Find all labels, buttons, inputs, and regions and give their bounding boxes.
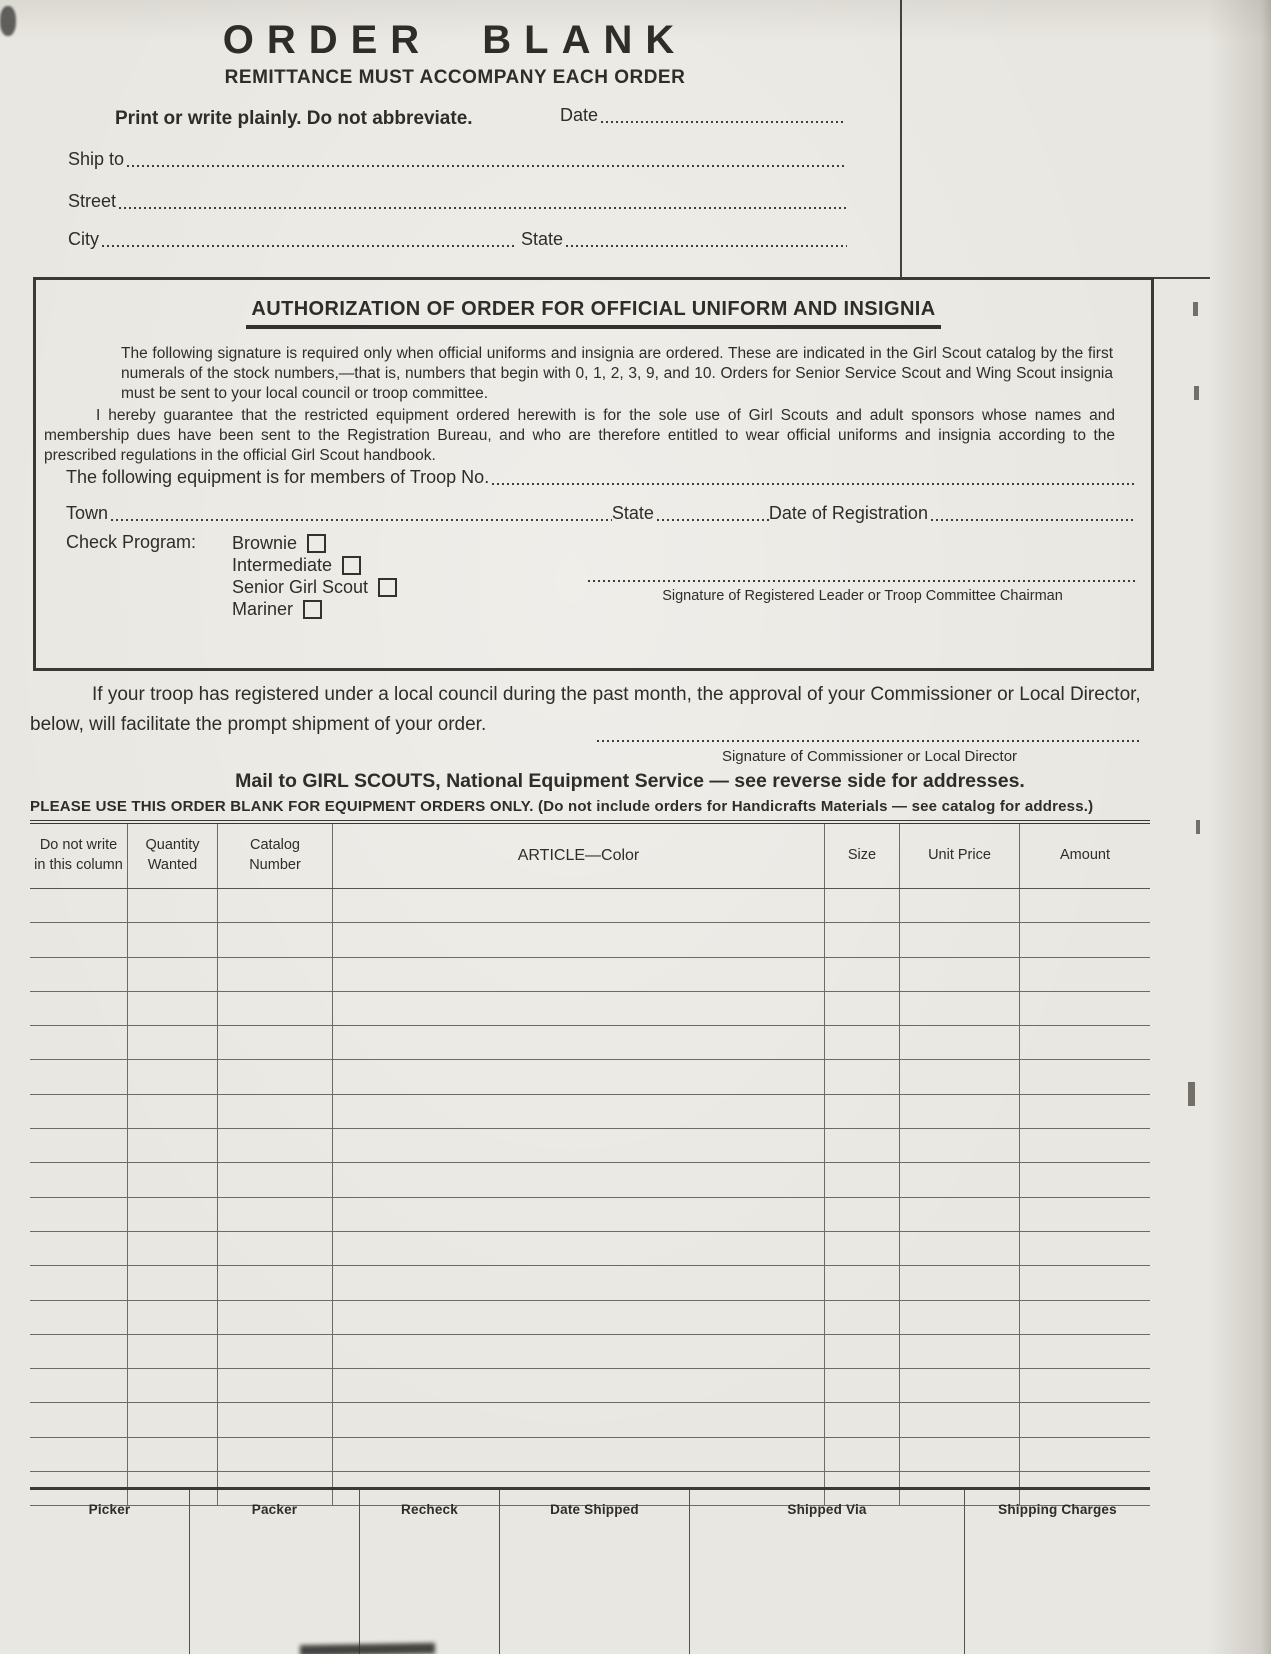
street-field: Street: [68, 192, 847, 212]
print-plainly-note: Print or write plainly. Do not abbreviat…: [115, 108, 473, 130]
order-table-cell[interactable]: [218, 1129, 333, 1162]
order-table-cell[interactable]: [1020, 1060, 1150, 1093]
street-label: Street: [68, 192, 116, 212]
order-table-cell[interactable]: [218, 1266, 333, 1299]
header-article-color: ARTICLE—Color: [333, 824, 825, 888]
order-table-cell[interactable]: [825, 1403, 900, 1436]
brownie-checkbox[interactable]: [307, 534, 326, 553]
order-table-row: [30, 1163, 1150, 1197]
order-table-cell[interactable]: [333, 1026, 825, 1059]
order-table-cell[interactable]: [218, 1301, 333, 1334]
date-label: Date: [560, 106, 598, 126]
order-table-cell[interactable]: [1020, 1266, 1150, 1299]
order-table-cell[interactable]: [333, 1266, 825, 1299]
intermediate-checkbox[interactable]: [342, 556, 361, 575]
registration-date-label: Date of Registration: [769, 504, 928, 524]
order-table-cell[interactable]: [900, 1266, 1020, 1299]
order-table-cell[interactable]: [1020, 1026, 1150, 1059]
order-table-row: [30, 1060, 1150, 1094]
troop-number-fill-line[interactable]: [492, 483, 1135, 485]
header-amount: Amount: [1020, 824, 1150, 888]
order-table-cell[interactable]: [333, 1232, 825, 1265]
order-table-cell[interactable]: [825, 923, 900, 956]
order-table-cell[interactable]: [900, 1129, 1020, 1162]
order-table-cell[interactable]: [30, 1266, 128, 1299]
order-table-cell[interactable]: [128, 1335, 218, 1368]
order-table-cell[interactable]: [825, 1438, 900, 1471]
footer-shipping-charges: Shipping Charges: [965, 1490, 1150, 1654]
order-table-cell[interactable]: [333, 1095, 825, 1128]
order-table-cell[interactable]: [900, 889, 1020, 922]
order-table-cell[interactable]: [128, 1403, 218, 1436]
order-table-cell[interactable]: [30, 992, 128, 1025]
order-table-cell[interactable]: [900, 1232, 1020, 1265]
order-table-cell[interactable]: [1020, 1198, 1150, 1231]
order-table-row: [30, 1335, 1150, 1369]
order-table-cell[interactable]: [30, 1060, 128, 1093]
order-table-cell[interactable]: [30, 1095, 128, 1128]
scan-artifact: [0, 6, 16, 36]
order-table-cell[interactable]: [30, 889, 128, 922]
order-table-cell[interactable]: [30, 1369, 128, 1402]
state-label: State: [521, 230, 563, 250]
header-size: Size: [825, 824, 900, 888]
order-table-row: [30, 1438, 1150, 1472]
leader-signature-caption: Signature of Registered Leader or Troop …: [588, 588, 1137, 604]
intermediate-label: Intermediate: [232, 555, 332, 576]
ship-to-field: Ship to: [68, 150, 847, 170]
header-unit-price: Unit Price: [900, 824, 1020, 888]
scan-artifact: [300, 1643, 435, 1654]
order-table-row: [30, 1232, 1150, 1266]
brownie-label: Brownie: [232, 533, 297, 554]
order-table-cell[interactable]: [900, 1369, 1020, 1402]
order-table-row: [30, 889, 1150, 923]
order-table-header-row: Do not write in this column Quantity Wan…: [30, 824, 1150, 889]
order-table-cell[interactable]: [333, 889, 825, 922]
order-table-cell[interactable]: [128, 889, 218, 922]
order-table-cell[interactable]: [218, 1198, 333, 1231]
order-table-row: [30, 1369, 1150, 1403]
header-do-not-write: Do not write in this column: [30, 824, 128, 888]
footer-date-shipped: Date Shipped: [500, 1490, 690, 1654]
troop-state-label: State: [612, 504, 654, 524]
order-table-cell[interactable]: [1020, 1129, 1150, 1162]
check-program-label: Check Program:: [66, 532, 196, 553]
shipping-footer-table: Picker Packer Recheck Date Shipped Shipp…: [30, 1487, 1150, 1654]
order-table-cell[interactable]: [128, 958, 218, 991]
city-field: City: [68, 230, 515, 250]
order-table-cell[interactable]: [825, 1335, 900, 1368]
order-table-cell[interactable]: [333, 1198, 825, 1231]
order-table-cell[interactable]: [218, 1335, 333, 1368]
registration-date-fill-line[interactable]: [931, 519, 1135, 521]
order-table-cell[interactable]: [128, 992, 218, 1025]
city-fill-line[interactable]: [102, 245, 515, 247]
remittance-note: REMITTANCE MUST ACCOMPANY EACH ORDER: [105, 67, 805, 89]
order-table-row: [30, 1301, 1150, 1335]
order-table-cell[interactable]: [1020, 1369, 1150, 1402]
order-table-cell[interactable]: [30, 1129, 128, 1162]
commissioner-signature-caption: Signature of Commissioner or Local Direc…: [597, 748, 1142, 765]
authorization-paragraph-2: I hereby guarantee that the restricted e…: [44, 406, 1115, 466]
authorization-box: AUTHORIZATION OF ORDER FOR OFFICIAL UNIF…: [33, 277, 1154, 671]
order-table-cell[interactable]: [1020, 1301, 1150, 1334]
order-table-cell[interactable]: [218, 1403, 333, 1436]
leader-signature-line[interactable]: [588, 580, 1137, 582]
order-table-cell[interactable]: [30, 1335, 128, 1368]
order-table-cell[interactable]: [1020, 1095, 1150, 1128]
order-table-row: [30, 1266, 1150, 1300]
footer-packer: Packer: [190, 1490, 360, 1654]
order-table-cell[interactable]: [900, 1026, 1020, 1059]
order-table-cell[interactable]: [128, 1266, 218, 1299]
order-table-cell[interactable]: [825, 1369, 900, 1402]
order-table-cell[interactable]: [900, 1198, 1020, 1231]
order-table-cell[interactable]: [333, 1335, 825, 1368]
senior-girl-scout-checkbox[interactable]: [378, 578, 397, 597]
order-table-cell[interactable]: [333, 1129, 825, 1162]
order-table-cell[interactable]: [128, 1198, 218, 1231]
senior-girl-scout-label: Senior Girl Scout: [232, 577, 368, 598]
order-table-cell[interactable]: [218, 1369, 333, 1402]
footer-shipped-via: Shipped Via: [690, 1490, 965, 1654]
order-table-cell[interactable]: [218, 1095, 333, 1128]
order-table-row: [30, 1026, 1150, 1060]
order-table-cell[interactable]: [128, 1301, 218, 1334]
program-item-brownie: Brownie: [232, 532, 397, 554]
order-table-cell[interactable]: [825, 1232, 900, 1265]
order-table-cell[interactable]: [900, 1335, 1020, 1368]
order-table-row: [30, 1198, 1150, 1232]
order-table-cell[interactable]: [825, 1129, 900, 1162]
order-table-cell[interactable]: [218, 923, 333, 956]
order-table-cell[interactable]: [128, 1129, 218, 1162]
order-table-cell[interactable]: [825, 1266, 900, 1299]
order-table-cell[interactable]: [128, 1232, 218, 1265]
order-table-cell[interactable]: [333, 1403, 825, 1436]
city-label: City: [68, 230, 99, 250]
troop-number-label: The following equipment is for members o…: [66, 468, 489, 488]
order-table-cell[interactable]: [1020, 1232, 1150, 1265]
date-fill-line[interactable]: [601, 121, 845, 123]
order-table-cell[interactable]: [825, 1026, 900, 1059]
scan-artifact: [1193, 302, 1198, 316]
order-table-body: [30, 889, 1150, 1506]
office-use-box: [900, 0, 1210, 279]
program-item-senior: Senior Girl Scout: [232, 576, 397, 598]
order-table-cell[interactable]: [1020, 992, 1150, 1025]
order-table-row: [30, 958, 1150, 992]
order-table-row: [30, 1095, 1150, 1129]
scan-artifact: [1194, 386, 1199, 400]
order-table-cell[interactable]: [900, 1163, 1020, 1196]
footer-recheck: Recheck: [360, 1490, 500, 1654]
order-table-cell[interactable]: [30, 1163, 128, 1196]
order-table-cell[interactable]: [218, 958, 333, 991]
order-table-cell[interactable]: [1020, 1335, 1150, 1368]
ship-to-fill-line[interactable]: [127, 165, 847, 167]
order-table-cell[interactable]: [333, 923, 825, 956]
order-table-cell[interactable]: [30, 1198, 128, 1231]
scan-artifact: [1188, 1082, 1195, 1106]
order-table-cell[interactable]: [333, 1438, 825, 1471]
order-table-cell[interactable]: [1020, 1163, 1150, 1196]
order-table-cell[interactable]: [825, 992, 900, 1025]
order-table-cell[interactable]: [128, 1095, 218, 1128]
order-table-cell[interactable]: [128, 1060, 218, 1093]
order-table-row: [30, 992, 1150, 1026]
order-table-cell[interactable]: [30, 923, 128, 956]
commissioner-signature-block: Signature of Commissioner or Local Direc…: [597, 740, 1142, 765]
program-item-mariner: Mariner: [232, 598, 397, 620]
authorization-paragraph-1: The following signature is required only…: [121, 344, 1113, 404]
order-table-cell[interactable]: [218, 889, 333, 922]
footer-picker: Picker: [30, 1490, 190, 1654]
order-table-cell[interactable]: [900, 958, 1020, 991]
authorization-heading: AUTHORIZATION OF ORDER FOR OFFICIAL UNIF…: [246, 298, 940, 329]
order-table-cell[interactable]: [218, 1438, 333, 1471]
order-table-cell[interactable]: [30, 1438, 128, 1471]
order-table-cell[interactable]: [218, 1026, 333, 1059]
order-table-cell[interactable]: [900, 992, 1020, 1025]
order-table-cell[interactable]: [333, 958, 825, 991]
troop-number-field: The following equipment is for members o…: [66, 468, 1135, 488]
order-table: Do not write in this column Quantity Wan…: [30, 820, 1150, 1506]
order-table-cell[interactable]: [825, 1163, 900, 1196]
order-form-page: ORDER BLANK REMITTANCE MUST ACCOMPANY EA…: [0, 0, 1271, 1654]
order-table-cell[interactable]: [128, 923, 218, 956]
order-table-cell[interactable]: [218, 1163, 333, 1196]
troop-state-fill-line[interactable]: [657, 519, 769, 521]
mariner-label: Mariner: [232, 599, 293, 620]
order-table-cell[interactable]: [333, 1060, 825, 1093]
order-table-cell[interactable]: [30, 958, 128, 991]
scan-artifact: [1196, 820, 1200, 834]
order-table-cell[interactable]: [1020, 1403, 1150, 1436]
leader-signature-block: Signature of Registered Leader or Troop …: [588, 580, 1137, 604]
order-table-cell[interactable]: [128, 1163, 218, 1196]
program-item-intermediate: Intermediate: [232, 554, 397, 576]
order-table-cell[interactable]: [128, 1438, 218, 1471]
order-table-cell[interactable]: [333, 1301, 825, 1334]
order-table-cell[interactable]: [333, 1369, 825, 1402]
order-table-cell[interactable]: [1020, 889, 1150, 922]
city-state-row: City State: [68, 230, 847, 250]
order-table-cell[interactable]: [825, 1095, 900, 1128]
order-table-cell[interactable]: [30, 1026, 128, 1059]
order-table-cell[interactable]: [825, 889, 900, 922]
order-table-cell[interactable]: [128, 1026, 218, 1059]
order-table-cell[interactable]: [30, 1232, 128, 1265]
program-list: Brownie Intermediate Senior Girl Scout M…: [232, 532, 397, 620]
order-table-row: [30, 1129, 1150, 1163]
order-table-row: [30, 923, 1150, 957]
order-table-cell[interactable]: [1020, 958, 1150, 991]
header-quantity-wanted: Quantity Wanted: [128, 824, 218, 888]
order-table-cell[interactable]: [128, 1369, 218, 1402]
order-table-cell[interactable]: [900, 1060, 1020, 1093]
order-table-cell[interactable]: [30, 1301, 128, 1334]
mariner-checkbox[interactable]: [303, 600, 322, 619]
order-table-cell[interactable]: [825, 1301, 900, 1334]
order-table-cell[interactable]: [218, 1060, 333, 1093]
council-registration-note: If your troop has registered under a loc…: [30, 680, 1142, 740]
order-table-cell[interactable]: [333, 1163, 825, 1196]
ship-to-label: Ship to: [68, 150, 124, 170]
order-table-row: [30, 1403, 1150, 1437]
town-state-registration-row: Town State Date of Registration: [66, 504, 1135, 524]
town-label: Town: [66, 504, 108, 524]
page-title: ORDER BLANK: [105, 18, 805, 63]
order-table-cell[interactable]: [900, 1095, 1020, 1128]
mail-to-instruction: Mail to GIRL SCOUTS, National Equipment …: [150, 770, 1110, 793]
order-table-cell[interactable]: [218, 1232, 333, 1265]
town-fill-line[interactable]: [111, 519, 612, 521]
order-table-cell[interactable]: [825, 1060, 900, 1093]
date-field: Date: [560, 106, 845, 126]
state-field: State: [521, 230, 847, 250]
street-fill-line[interactable]: [119, 207, 847, 209]
order-table-cell[interactable]: [1020, 923, 1150, 956]
order-table-cell[interactable]: [900, 1301, 1020, 1334]
order-table-cell[interactable]: [333, 992, 825, 1025]
order-table-cell[interactable]: [900, 923, 1020, 956]
order-table-cell[interactable]: [30, 1403, 128, 1436]
order-table-cell[interactable]: [218, 992, 333, 1025]
order-table-cell[interactable]: [900, 1403, 1020, 1436]
order-table-cell[interactable]: [825, 958, 900, 991]
order-table-cell[interactable]: [825, 1198, 900, 1231]
commissioner-signature-line[interactable]: [597, 740, 1142, 742]
order-table-cell[interactable]: [900, 1438, 1020, 1471]
order-table-cell[interactable]: [1020, 1438, 1150, 1471]
equipment-orders-only-note: PLEASE USE THIS ORDER BLANK FOR EQUIPMEN…: [30, 798, 1148, 815]
header-catalog-number: Catalog Number: [218, 824, 333, 888]
state-fill-line[interactable]: [566, 245, 847, 247]
